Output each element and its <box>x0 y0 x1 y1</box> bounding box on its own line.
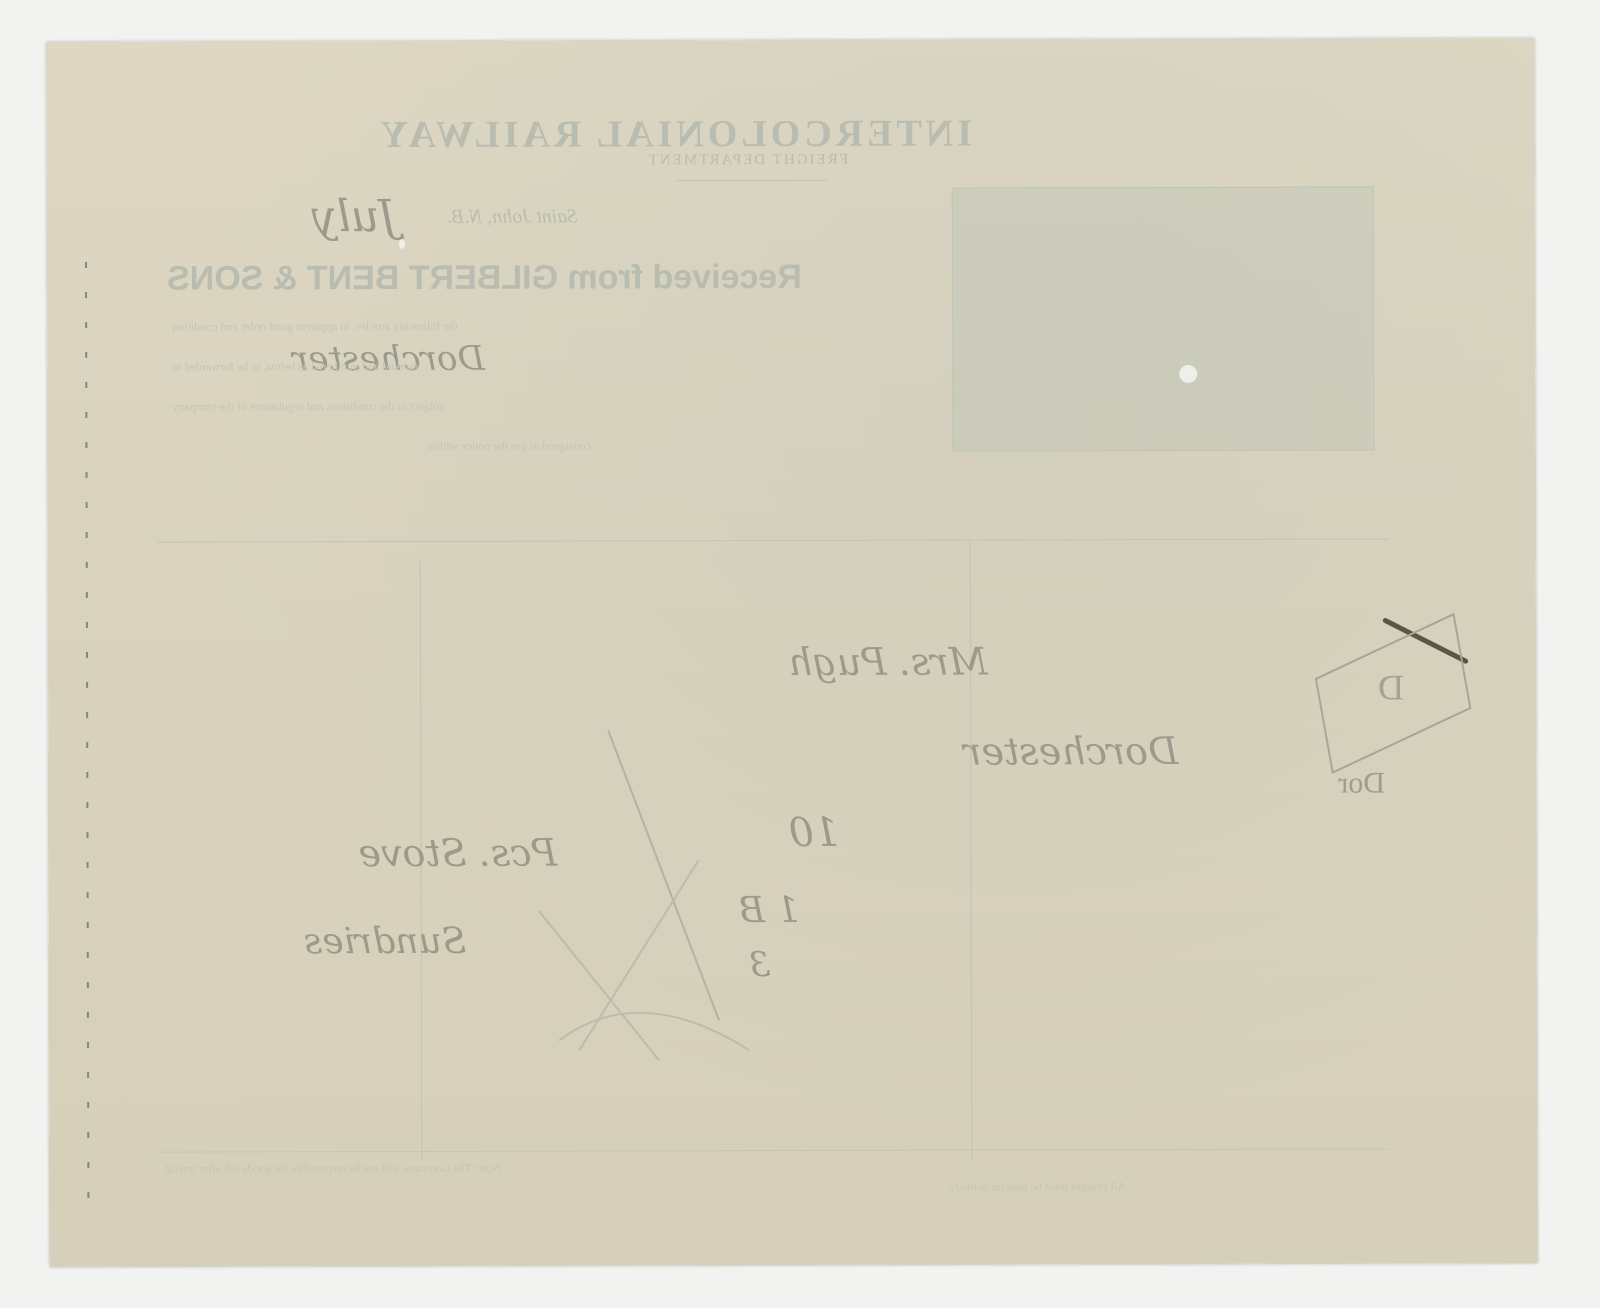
body-line-4: consigned as per the notice within <box>427 439 591 454</box>
body-line-2: marked and numbered as below, to be forw… <box>172 359 418 375</box>
received-from-line: Received from GILBERT BENT & SONS <box>167 258 802 299</box>
header-subtitle: FREIGHT DEPARTMENT <box>647 152 848 170</box>
header-rule <box>677 180 827 181</box>
pencil-cross-marks <box>518 720 779 1121</box>
stamp-text: Dor <box>1338 766 1385 800</box>
footer-line-2: All charges must be paid on delivery <box>949 1179 1125 1194</box>
footer-rule <box>159 1148 1389 1152</box>
item-sundries: Sundries <box>304 921 467 962</box>
consignee-place-handwritten: Dorchester <box>963 729 1178 774</box>
footer-line-1: Note: The Company will not be responsibl… <box>164 1161 501 1177</box>
column-divider-right <box>970 540 973 1160</box>
body-line-3: subject to the conditions and regulation… <box>172 399 443 415</box>
place-line: Saint John, N.B. <box>447 206 578 229</box>
header-title: INTERCOLONIAL RAILWAY <box>377 112 973 158</box>
paper-hole-small <box>399 239 405 249</box>
consignee-handwritten: Mrs. Pugh <box>788 639 988 684</box>
date-handwritten: July <box>312 191 397 242</box>
receipt-paper: INTERCOLONIAL RAILWAY FREIGHT DEPARTMENT… <box>46 38 1537 1267</box>
item-qty: 10 <box>788 810 839 856</box>
paper-hole <box>1179 365 1197 383</box>
body-line-1: the following articles, in apparent good… <box>172 319 458 335</box>
printed-vignette <box>952 186 1375 451</box>
stamp-letter: D <box>1378 666 1404 708</box>
perforated-edge <box>85 262 90 1222</box>
table-header-rule <box>158 538 1388 542</box>
